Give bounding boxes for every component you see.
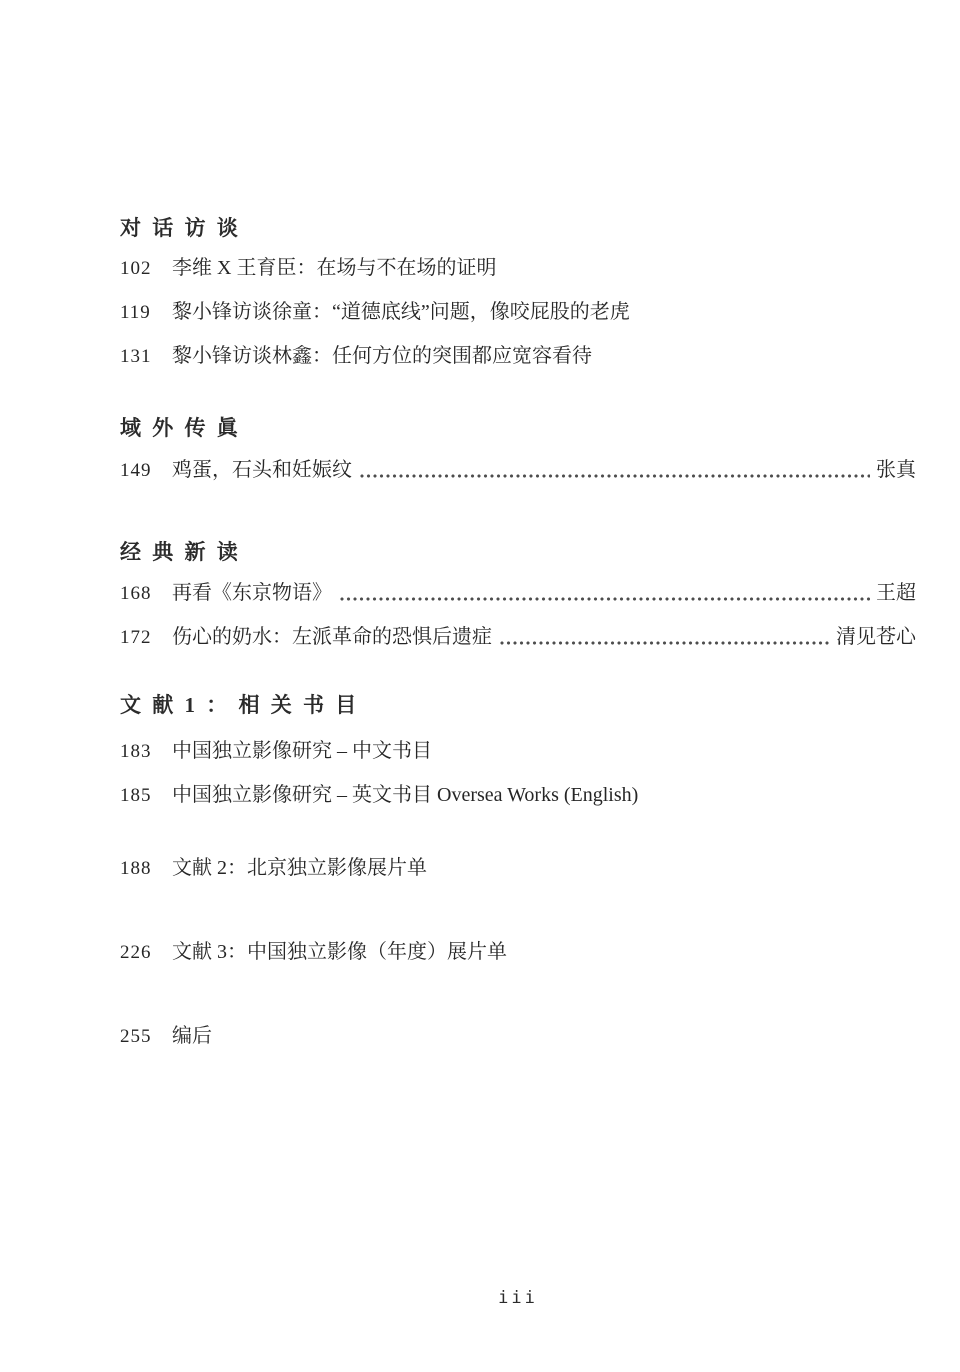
entry-page-number: 183 [120, 740, 172, 764]
dotted-leader [360, 473, 870, 479]
toc-entry-row: 255 编后 [120, 1024, 916, 1049]
entry-page-number: 185 [120, 784, 172, 808]
entry-page-number: 255 [120, 1025, 172, 1049]
section-header-dialogues: 对 话 访 谈 [120, 216, 916, 240]
toc-entry-row: 226 文献 3：中国独立影像（年度）展片单 [120, 940, 916, 965]
entry-page-number: 131 [120, 345, 172, 369]
entry-title: 编后 [172, 1024, 212, 1048]
toc-entry-row: 188 文献 2：北京独立影像展片单 [120, 856, 916, 881]
dotted-leader [340, 596, 870, 602]
toc-page: 对 话 访 谈 102 李维 X 王育臣：在场与不在场的证明 119 黎小锋访谈… [0, 0, 960, 1372]
entry-page-number: 149 [120, 459, 172, 483]
entry-title: 伤心的奶水：左派革命的恐惧后遗症 [172, 625, 492, 649]
entry-title: 中国独立影像研究 – 中文书目 [172, 739, 432, 763]
toc-content: 对 话 访 谈 102 李维 X 王育臣：在场与不在场的证明 119 黎小锋访谈… [120, 0, 916, 1049]
section-header-overseas: 域 外 传 眞 [120, 416, 916, 440]
entry-title: 再看《东京物语》 [172, 581, 332, 605]
entry-title: 黎小锋访谈林鑫：任何方位的突围都应宽容看待 [172, 344, 592, 368]
entry-page-number: 226 [120, 941, 172, 965]
entry-page-number: 168 [120, 582, 172, 606]
toc-entry-row: 172 伤心的奶水：左派革命的恐惧后遗症 清见苍心 [120, 625, 916, 650]
toc-entry-row: 102 李维 X 王育臣：在场与不在场的证明 [120, 256, 916, 281]
page-number: iii [498, 1288, 538, 1308]
entry-page-number: 188 [120, 857, 172, 881]
entry-title: 李维 X 王育臣：在场与不在场的证明 [172, 256, 496, 280]
section-header-bibliography-1: 文 献 1 ： 相 关 书 目 [120, 693, 916, 717]
toc-entry-row: 183 中国独立影像研究 – 中文书目 [120, 739, 916, 764]
section-header-classics: 经 典 新 读 [120, 540, 916, 564]
entry-page-number: 172 [120, 626, 172, 650]
entry-author: 清见苍心 [836, 625, 916, 649]
dotted-leader [500, 640, 830, 646]
entry-page-number: 119 [120, 301, 172, 325]
entry-title: 黎小锋访谈徐童：“道德底线”问题，像咬屁股的老虎 [172, 300, 630, 324]
toc-entry-row: 185 中国独立影像研究 – 英文书目 Oversea Works (Engli… [120, 783, 916, 808]
toc-entry-row: 168 再看《东京物语》 王超 [120, 581, 916, 606]
toc-entry-row: 131 黎小锋访谈林鑫：任何方位的突围都应宽容看待 [120, 344, 916, 369]
entry-title: 中国独立影像研究 – 英文书目 Oversea Works (English) [172, 783, 638, 807]
entry-author: 王超 [876, 581, 916, 605]
entry-author: 张真 [876, 458, 916, 482]
entry-title: 文献 3：中国独立影像（年度）展片单 [172, 940, 507, 964]
toc-entry-row: 149 鸡蛋，石头和妊娠纹 张真 [120, 458, 916, 483]
entry-title: 鸡蛋，石头和妊娠纹 [172, 458, 352, 482]
entry-page-number: 102 [120, 257, 172, 281]
entry-title: 文献 2：北京独立影像展片单 [172, 856, 427, 880]
page-footer: iii [120, 1288, 916, 1308]
toc-entry-row: 119 黎小锋访谈徐童：“道德底线”问题，像咬屁股的老虎 [120, 300, 916, 325]
